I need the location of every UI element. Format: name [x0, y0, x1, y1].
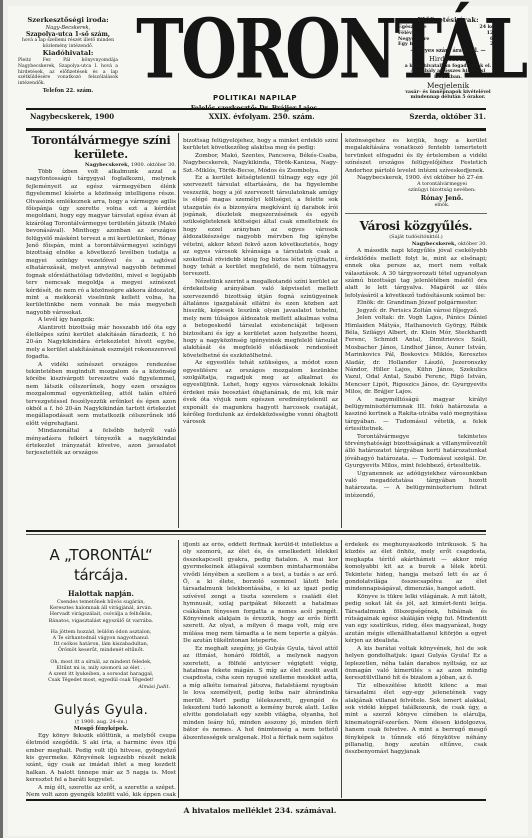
header-rule-bottom: [26, 128, 486, 131]
article-paragraph: érdekek és meghunyászkodó intrikusok. S …: [345, 542, 487, 594]
feuilleton-rule: [26, 530, 486, 532]
ads-heading: Hirdetések: [398, 55, 498, 64]
supplement-notice: A hivatalos melléklet 234. számával.: [80, 806, 440, 815]
column-divider: [341, 540, 342, 798]
price-value: 2 »: [490, 42, 498, 48]
article-paragraph: Mindazonáltal a felsőbb helyről való mén…: [26, 428, 176, 458]
article-paragraph: Alantirott bizottság már hosszabb idő ót…: [26, 325, 176, 362]
article-paragraph: A kis barátai voltak könyvének, hol de s…: [345, 646, 487, 683]
byline-date: október 30.: [458, 241, 487, 247]
feuilleton-continued-middle: ifjonti az erős, eddett férfinak kerüld-…: [183, 542, 338, 798]
poem-line: Örömöt keserűt, mindenét eltűnőt.: [26, 647, 176, 653]
signature-block: A torontálvármegyei színügyi bizottság n…: [345, 182, 487, 209]
office-note: hová a lap szellemi részét illető minden…: [18, 38, 118, 49]
newspaper-logo: TORONTÁL: [136, 8, 374, 92]
masthead: TORONTÁL POLITIKAI NAPILAP Felelős szerk…: [110, 8, 400, 112]
byline-place: Nagybecskerek,: [412, 241, 456, 247]
dateline-volume: XXIX. évfolyam. 250. szám.: [209, 112, 315, 121]
appears-text: vasár- és ünnepnapok kivételével mindenn…: [398, 90, 498, 101]
byline-date: 1900. október 30.: [131, 162, 176, 168]
article-paragraph: A míg élt, szerette az erőt, a szerette …: [26, 785, 176, 797]
article-paragraph: bizottság felügyelőjéhez, hogy a minket …: [183, 138, 338, 153]
column-divider: [341, 133, 342, 528]
dateline-place-year: Nagybecskerek, 1900: [30, 112, 114, 121]
article-theatre-district: Torontálvármegye színi kerülete. Nagybec…: [26, 134, 176, 526]
article-paragraph: Könyve is tükre lelki világának. A mit l…: [345, 594, 487, 646]
article-paragraph: A levél így hangzik:: [26, 317, 176, 324]
article-paragraph: Az egyesülés tehát szükséges, a módot ez…: [183, 360, 338, 427]
obituary-dates: († 1900. aug. 24-én.): [26, 719, 176, 726]
article-paragraph: A második napi közgyűlés jóval csekélyeb…: [345, 248, 487, 300]
article-paragraph: Zombor, Makó, Szentes, Pancsova, Békés-C…: [183, 153, 338, 175]
article-paragraph: ifjonti az erős, eddett férfinak kerüld-…: [183, 542, 338, 646]
column-divider: [178, 540, 179, 798]
byline-place: Nagybecskerek,: [85, 162, 129, 168]
feuilleton-rule-thin: [26, 534, 486, 535]
article-paragraph: Jelen voltak: dr. Vogh Lajos, Pánics Dán…: [345, 315, 487, 396]
dateline-day: Szerda, október 31.: [409, 112, 486, 121]
poem-line: Csak Tégedet most, egyedül csak Tégedet!: [26, 677, 176, 683]
article-paragraph: Ez meghalt szegény, jó Gulyás Gyula, táv…: [183, 646, 338, 742]
article-paragraph: Jegyző: dr. Perisics Zoltán városi főjeg…: [345, 308, 487, 315]
article-paragraph: Tíz elbeszélése között kilenc a mai társ…: [345, 683, 487, 757]
article-paragraph: Ez a kerület kétségtelenül túlnagy egy e…: [183, 175, 338, 279]
poem-line: Bánatos, vigasztalást egyszülő út varráb…: [26, 618, 176, 624]
obituary-subtitle: Mesgő fényképek.: [26, 726, 176, 733]
poem-stanza: Oh, most itt a sírnál, az mindent felede…: [26, 659, 176, 684]
article-paragraph: Ugyanennek az adóügyiekhez városunkban v…: [345, 471, 487, 501]
article-paragraph: Elnök: dr. Grandinan József polgármester…: [345, 300, 487, 307]
subscription-box: Előfizetési árak: Egész évre24 kor. Félé…: [398, 16, 498, 101]
article-title: Torontálvármegye színi kerülete.: [26, 134, 176, 162]
ads-text: a kiadóhivatalban fogadtatnak el. Árszab…: [398, 64, 498, 81]
header-rule-top: [26, 108, 486, 110]
obituary-title: Gulyás Gyula.: [26, 702, 176, 719]
publisher-office-note: Pleitz Fer. Pál könyvnyomdája Nagybecske…: [18, 58, 118, 86]
right-column-top: közönségéhez és kérjük, hogy a kerület m…: [345, 138, 487, 526]
editorial-office-heading: Szerkesztőségi iroda:: [18, 16, 118, 25]
article-paragraph: Nézetünk szerint a megalkotandó színi ke…: [183, 279, 338, 360]
article-title: Városi közgyűlés.: [345, 218, 487, 234]
column-divider: [178, 133, 179, 528]
page-edge-shadow: [0, 0, 3, 838]
feuilleton-continued-right: érdekek és meghunyászkodó intrikusok. S …: [345, 542, 487, 798]
editorial-office-box: Szerkesztőségi iroda: Nagy-Becskerek, Sz…: [18, 16, 118, 95]
dateline: Nagybecskerek, 1900 XXIX. évfolyam. 250.…: [30, 112, 486, 121]
phone-number: Telefon 22. szám.: [18, 88, 118, 95]
appears-heading: Megjelenik: [398, 81, 498, 90]
section-divider: [345, 213, 487, 214]
single-issue-price: — Egyes szám ára 8 fill. —: [398, 48, 498, 55]
feuilleton-heading: A „TORONTÁL“ tárcája.: [26, 545, 176, 585]
footer-rule: [26, 799, 486, 801]
feuilleton-section: A „TORONTÁL“ tárcája. Halottak napján. C…: [26, 545, 176, 797]
article-paragraph: Torontálvármegye tekintetes törvényhatós…: [345, 434, 487, 471]
signature-role: elnök.: [397, 203, 487, 209]
article-paragraph: Egy könyv fekszik előttünk, a melyből cs…: [26, 733, 176, 785]
poem-stanza: Csendes temetőnek hűvös sugárán, Kereszt…: [26, 599, 176, 624]
article-paragraph: Több ízben volt alkalmunk azzal a nagyfo…: [26, 169, 176, 317]
poem: Csendes temetőnek hűvös sugárán, Kereszt…: [26, 599, 176, 683]
article-paragraph: közönségéhez és kérjük, hogy a kerület m…: [345, 138, 487, 175]
article-paragraph: A vidéki színészet országos rendezése te…: [26, 362, 176, 429]
poem-stanza: Ha jöttem hozzád, leülöm ódon asztalon, …: [26, 629, 176, 654]
article-paragraph: A nagyméltóságú magyar királyi belügymin…: [345, 397, 487, 434]
article-theatre-district-continued: bizottság felügyelőjéhez, hogy a minket …: [183, 138, 338, 526]
poem-title: Halottak napján.: [26, 589, 176, 599]
poem-author: Almási Judit.: [26, 684, 176, 691]
article-byline: Nagybecskerek, 1900. október 30.: [26, 162, 176, 169]
